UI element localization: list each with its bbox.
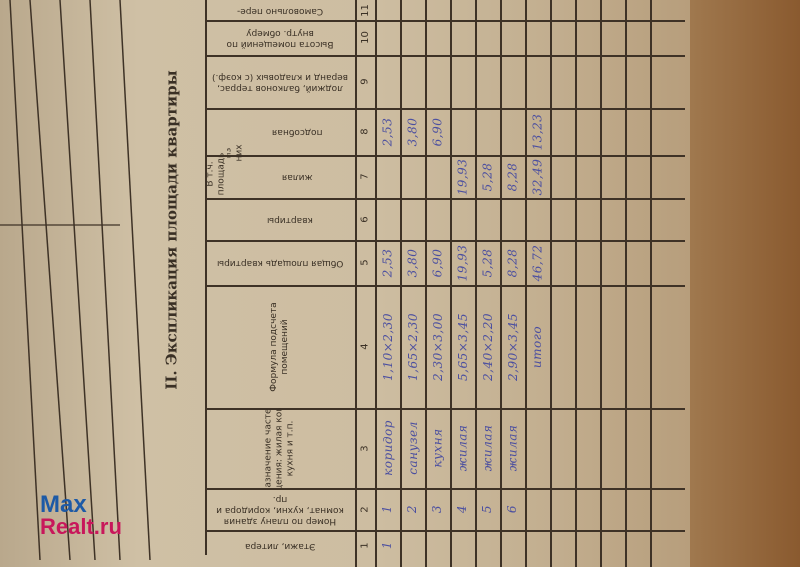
explication-table: Самовольно пере- Высота помещений по вну… bbox=[205, 0, 685, 567]
col-number: 2 bbox=[355, 488, 375, 530]
cell-number: 6 bbox=[500, 488, 525, 530]
cell-total-aux: 13,23 bbox=[525, 108, 550, 155]
cell-total: 6,90 bbox=[425, 240, 450, 285]
cell-total: 19,93 bbox=[450, 240, 475, 285]
cell-purpose: санузел bbox=[400, 408, 425, 488]
watermark-line2: Realt.ru bbox=[40, 516, 122, 538]
col-number: 1 bbox=[355, 530, 375, 560]
header-col-8: подсобная bbox=[245, 108, 350, 155]
cell-total: 3,80 bbox=[400, 240, 425, 285]
document-paper: II. Экспликация площади квартиры Самовол… bbox=[0, 0, 690, 567]
cell-aux: 2,53 bbox=[375, 108, 400, 155]
header-col-3: Назначение частей помещения: жилая комна… bbox=[210, 408, 350, 488]
cell-purpose: жилая bbox=[450, 408, 475, 488]
cell-total: 8,28 bbox=[500, 240, 525, 285]
cell-total: 2,53 bbox=[375, 240, 400, 285]
cell-total: 5,28 bbox=[475, 240, 500, 285]
cell-purpose: кухня bbox=[425, 408, 450, 488]
cell-aux: 3,80 bbox=[400, 108, 425, 155]
header-col-6: квартиры bbox=[230, 198, 350, 240]
cell-number: 3 bbox=[425, 488, 450, 530]
header-col-2: Номер по плану здания комнат, кухни, кор… bbox=[210, 488, 350, 530]
header-group-of-which: из них bbox=[227, 108, 243, 198]
header-col-11: Самовольно пере- bbox=[210, 0, 350, 20]
cell-formula: 2,90×3,45 bbox=[500, 285, 525, 408]
header-col-1: Этажи, литера bbox=[210, 530, 350, 560]
cell-living: 19,93 bbox=[450, 155, 475, 198]
cell-formula: 1,65×2,30 bbox=[400, 285, 425, 408]
header-col-10: Высота помещений по внутр. обмеру bbox=[210, 20, 350, 55]
header-col-4: Формула подсчета помещений bbox=[210, 285, 350, 408]
col-number: 9 bbox=[355, 55, 375, 108]
cell-total-area: 46,72 bbox=[525, 240, 550, 285]
header-col-5: Общая площадь квартиры bbox=[210, 240, 350, 285]
cell-formula: 2,40×2,20 bbox=[475, 285, 500, 408]
table-border bbox=[205, 0, 207, 555]
row-line bbox=[625, 0, 627, 567]
row-line bbox=[650, 0, 652, 567]
cell-number: 5 bbox=[475, 488, 500, 530]
header-group-including: В т.ч. площадь bbox=[205, 108, 227, 240]
row-line bbox=[600, 0, 602, 567]
row-line bbox=[575, 0, 577, 567]
col-number: 6 bbox=[355, 198, 375, 240]
col-number: 10 bbox=[355, 20, 375, 55]
header-col-9: лоджий, балконов террас, веранд и кладов… bbox=[210, 55, 350, 108]
cell-purpose: коридор bbox=[375, 408, 400, 488]
watermark-logo: Max Realt.ru bbox=[40, 494, 122, 538]
cell-floor: 1 bbox=[375, 530, 400, 560]
cell-number: 2 bbox=[400, 488, 425, 530]
cell-aux: 6,90 bbox=[425, 108, 450, 155]
cell-living: 8,28 bbox=[500, 155, 525, 198]
header-col-7: жилая bbox=[245, 155, 350, 198]
watermark-line1: Max bbox=[40, 494, 122, 516]
col-number: 4 bbox=[355, 285, 375, 408]
cell-number: 4 bbox=[450, 488, 475, 530]
cell-formula: 5,65×3,45 bbox=[450, 285, 475, 408]
section-title: II. Экспликация площади квартиры bbox=[152, 60, 192, 400]
cell-formula: 1,10×2,30 bbox=[375, 285, 400, 408]
col-number: 11 bbox=[355, 0, 375, 20]
cell-number: 1 bbox=[375, 488, 400, 530]
cell-total-living: 32,49 bbox=[525, 155, 550, 198]
col-number: 5 bbox=[355, 240, 375, 285]
cell-purpose: жилая bbox=[475, 408, 500, 488]
col-number: 3 bbox=[355, 408, 375, 488]
cell-living: 5,28 bbox=[475, 155, 500, 198]
cell-purpose: жилая bbox=[500, 408, 525, 488]
cell-formula: 2,30×3,00 bbox=[425, 285, 450, 408]
cell-total-label: итого bbox=[525, 285, 550, 408]
col-number: 7 bbox=[355, 155, 375, 198]
row-line bbox=[550, 0, 552, 567]
col-number: 8 bbox=[355, 108, 375, 155]
